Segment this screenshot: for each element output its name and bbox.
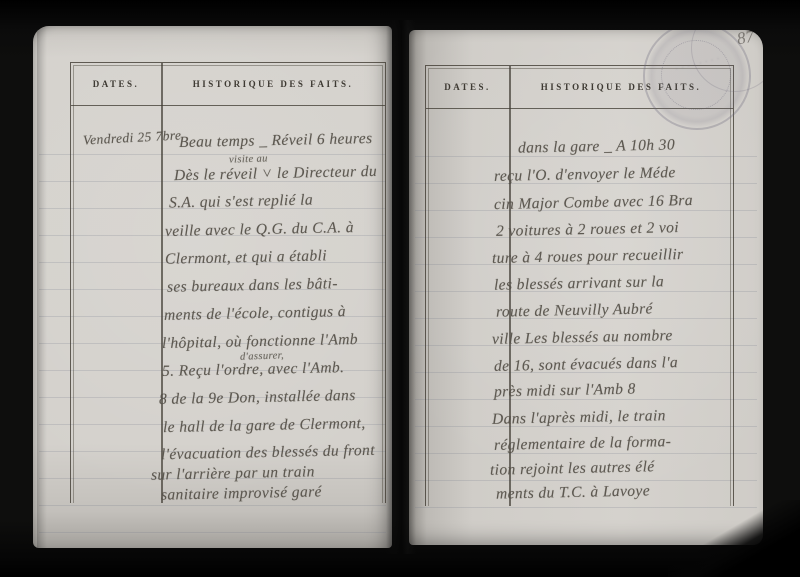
handwritten-line: Dans l'après midi, le train [492, 407, 666, 429]
right-page: DATES. HISTORIQUE DES FAITS. dans la gar… [409, 30, 763, 545]
dates-column-header: DATES. [426, 66, 509, 108]
handwritten-line: ments du T.C. à Lavoye [496, 482, 650, 503]
left-table-header: DATES. HISTORIQUE DES FAITS. [71, 63, 385, 106]
handwritten-line: ments de l'école, contigus à [164, 303, 346, 325]
handwritten-line: route de Neuvilly Aubré [496, 300, 653, 321]
handwritten-line: reçu l'O. d'envoyer le Méde [494, 164, 676, 186]
historique-column-header: HISTORIQUE DES FAITS. [161, 63, 385, 105]
handwritten-line: les blessés arrivant sur la [494, 273, 664, 295]
handwritten-line: dans la gare _ A 10h 30 [518, 136, 675, 157]
left-page: DATES. HISTORIQUE DES FAITS. Vendredi 25… [33, 26, 392, 548]
dates-column-header: DATES. [71, 63, 161, 105]
handwritten-line: Clermont, et qui a établi [165, 247, 327, 268]
handwritten-line: ses bureaux dans les bâti- [167, 275, 338, 297]
handwritten-line: sanitaire improvisé garé [161, 483, 322, 504]
page-edge-crease [37, 26, 47, 548]
scanned-journal-spread: DATES. HISTORIQUE DES FAITS. Vendredi 25… [0, 0, 800, 577]
pencil-page-number: 87 [735, 30, 755, 49]
handwritten-line: réglementaire de la forma- [494, 433, 672, 455]
handwritten-line: ville Les blessés au nombre [492, 327, 673, 349]
interline-insertion: visite au [229, 153, 268, 165]
handwritten-line: 5. Reçu l'ordre, avec l'Amb. [162, 359, 345, 381]
handwritten-line: 2 voitures à 2 roues et 2 voi [496, 219, 679, 241]
handwritten-line: de 16, sont évacués dans l'a [494, 354, 678, 376]
handwritten-line: S.A. qui s'est replié la [169, 191, 313, 212]
historique-column-header: HISTORIQUE DES FAITS. [509, 66, 733, 108]
handwritten-line: tion rejoint les autres élé [490, 458, 655, 479]
right-table-header: DATES. HISTORIQUE DES FAITS. [426, 66, 733, 109]
handwritten-line: sur l'arrière par un train [151, 463, 315, 484]
handwritten-line: près midi sur l'Amb 8 [494, 381, 636, 402]
